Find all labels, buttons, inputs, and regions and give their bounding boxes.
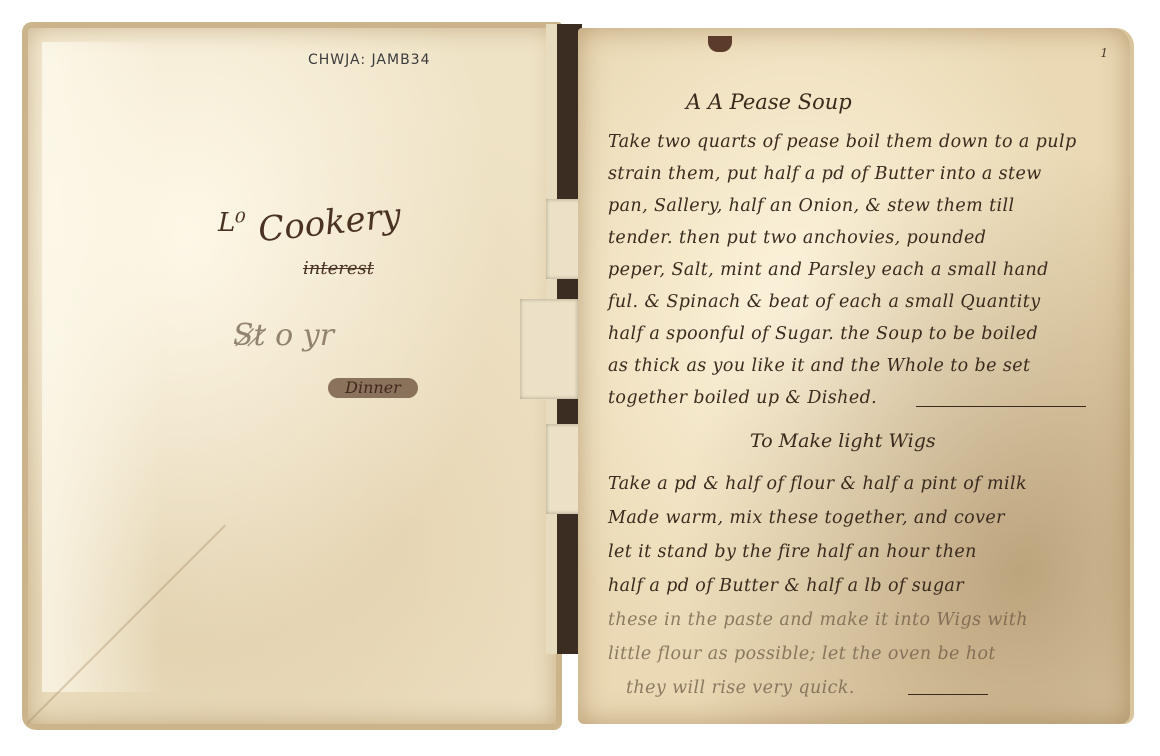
spine-binding-band <box>520 299 578 399</box>
recipe-line: peper, Salt, mint and Parsley each a sma… <box>608 260 1049 280</box>
recipe-line: ful. & Spinach & beat of each a small Qu… <box>608 292 1041 312</box>
recipe-line: half a pd of Butter & half a lb of sugar <box>608 576 964 596</box>
recipe-line: together boiled up & Dished. <box>608 388 877 408</box>
left-endpaper: CHWJA: JAMB34 L⁰ Cookery interest S̷t̷ o… <box>22 22 562 730</box>
recipe-line: as thick as you like it and the Whole to… <box>608 356 1030 376</box>
shelfmark-label: CHWJA: JAMB34 <box>308 52 430 68</box>
spine-binding-band <box>546 199 582 279</box>
spine-binding-band <box>546 424 582 514</box>
recipe-line: these in the paste and make it into Wigs… <box>608 610 1028 630</box>
faded-signature: S̷t̷ o yr <box>233 318 334 353</box>
recipe-title: A A Pease Soup <box>686 90 852 114</box>
recipe-line: Take two quarts of pease boil them down … <box>608 132 1077 152</box>
page-number: 1 <box>1100 46 1108 60</box>
recipe-line: pan, Sallery, half an Onion, & stew them… <box>608 196 1015 216</box>
recipe-title: To Make light Wigs <box>750 430 936 452</box>
struck-word: interest <box>303 258 374 279</box>
inscription-prefix: L⁰ <box>218 208 246 238</box>
ink-blot: Dinner <box>328 378 418 398</box>
endpaper-fold <box>42 42 162 692</box>
recipe-line: Take a pd & half of flour & half a pint … <box>608 474 1027 494</box>
book-spine <box>546 24 582 654</box>
cover-title: Cookery <box>256 196 403 251</box>
right-page: 1 A A Pease Soup Take two quarts of peas… <box>578 28 1130 724</box>
recipe-line: little flour as possible; let the oven b… <box>608 644 996 664</box>
recipe-line: Made warm, mix these together, and cover <box>608 508 1005 528</box>
line-rule <box>916 406 1086 407</box>
ink-stain <box>708 36 732 52</box>
recipe-line: strain them, put half a pd of Butter int… <box>608 164 1042 184</box>
line-rule <box>908 694 988 695</box>
recipe-line: let it stand by the fire half an hour th… <box>608 542 977 562</box>
recipe-line: half a spoonful of Sugar. the Soup to be… <box>608 324 1038 344</box>
recipe-line: tender. then put two anchovies, pounded <box>608 228 986 248</box>
recipe-line: they will rise very quick. <box>626 678 855 698</box>
